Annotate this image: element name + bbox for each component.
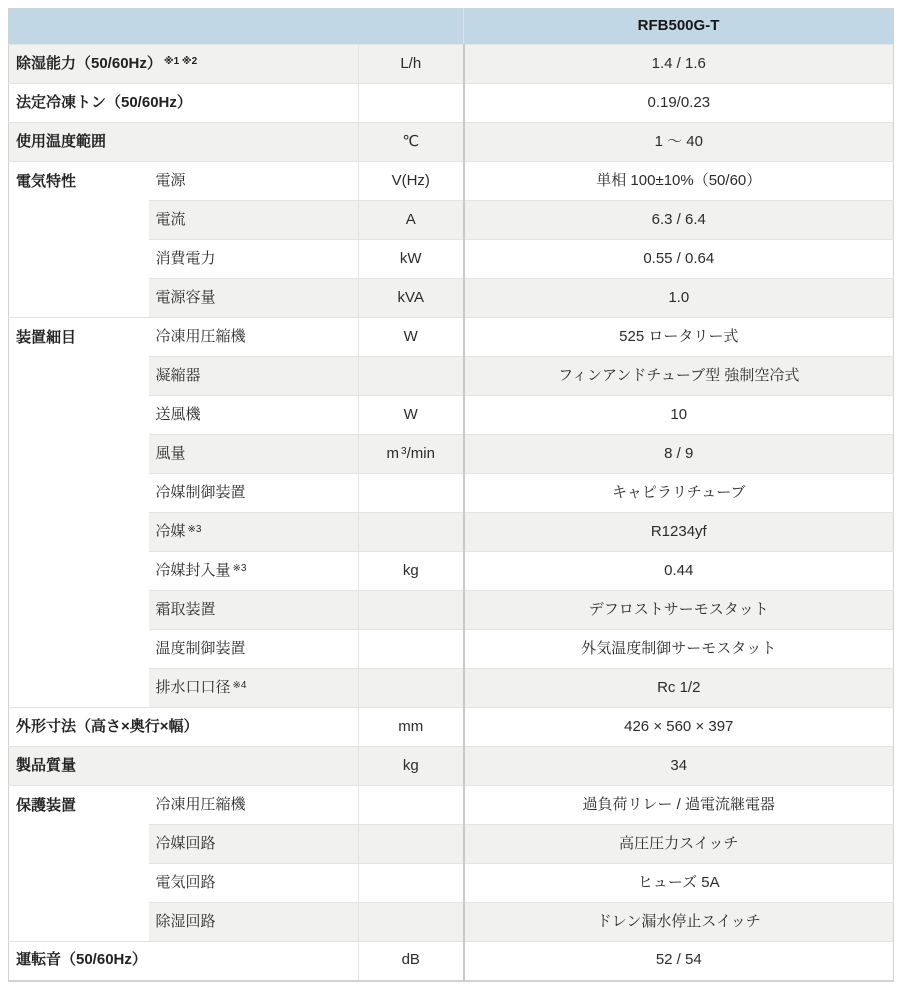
unit-text: m (387, 445, 400, 462)
label-text: 外形寸法（高さ×奥行×幅） (16, 718, 199, 735)
header-row: RFB500G-T (9, 9, 894, 45)
row-unit: kW (359, 240, 464, 279)
label-text: 使用温度範囲 (16, 133, 106, 150)
row-unit: kg (359, 747, 464, 786)
row-value: 高圧圧力スイッチ (464, 825, 894, 864)
row-unit (359, 825, 464, 864)
row-unit: L/h (359, 45, 464, 84)
row-unit (359, 630, 464, 669)
row-value: 34 (464, 747, 894, 786)
row-value: 外気温度制御サーモスタット (464, 630, 894, 669)
row-label: 使用温度範囲 (9, 123, 359, 162)
row-unit (359, 474, 464, 513)
row-sublabel: 消費電力 (149, 240, 359, 279)
row-value: 0.19/0.23 (464, 84, 894, 123)
table-row: 運転音（50/60Hz） dB 52 / 54 (9, 942, 894, 981)
footnote-mark: ※1 ※2 (164, 56, 197, 67)
row-value: 1.4 / 1.6 (464, 45, 894, 84)
row-label: 法定冷凍トン（50/60Hz） (9, 84, 359, 123)
table-row: 外形寸法（高さ×奥行×幅） mm 426 × 560 × 397 (9, 708, 894, 747)
row-label: 製品質量 (9, 747, 359, 786)
table-row: 法定冷凍トン（50/60Hz） 0.19/0.23 (9, 84, 894, 123)
row-sublabel: 霜取装置 (149, 591, 359, 630)
row-value: 426 × 560 × 397 (464, 708, 894, 747)
row-sublabel: 凝縮器 (149, 357, 359, 396)
row-sublabel: 電気回路 (149, 864, 359, 903)
row-unit: m3/min (359, 435, 464, 474)
row-value: 52 / 54 (464, 942, 894, 981)
row-value: Rc 1/2 (464, 669, 894, 708)
row-value: ヒューズ 5A (464, 864, 894, 903)
row-sublabel: 電源容量 (149, 279, 359, 318)
row-sublabel: 送風機 (149, 396, 359, 435)
row-value: 10 (464, 396, 894, 435)
footnote-mark: ※3 (233, 563, 247, 574)
table-row: 保護装置 冷凍用圧縮機 過負荷リレー / 過電流継電器 (9, 786, 894, 825)
row-unit: kg (359, 552, 464, 591)
row-value: 6.3 / 6.4 (464, 201, 894, 240)
row-unit (359, 84, 464, 123)
label-text: 運転音（50/60Hz） (16, 951, 147, 968)
row-unit (359, 864, 464, 903)
table-row: 製品質量 kg 34 (9, 747, 894, 786)
row-sublabel: 冷媒※3 (149, 513, 359, 552)
row-label: 運転音（50/60Hz） (9, 942, 359, 981)
label-text: 法定冷凍トン（50/60Hz） (16, 94, 192, 111)
row-value: 過負荷リレー / 過電流継電器 (464, 786, 894, 825)
row-sublabel: 冷媒封入量※3 (149, 552, 359, 591)
row-unit: V(Hz) (359, 162, 464, 201)
table-row: 電気特性 電源 V(Hz) 単相 100±10%（50/60） (9, 162, 894, 201)
row-value: フィンアンドチューブ型 強制空冷式 (464, 357, 894, 396)
row-unit: W (359, 318, 464, 357)
row-unit: ℃ (359, 123, 464, 162)
row-unit (359, 357, 464, 396)
table-row: 除湿能力（50/60Hz）※1 ※2 L/h 1.4 / 1.6 (9, 45, 894, 84)
row-sublabel: 冷凍用圧縮機 (149, 318, 359, 357)
spec-table: RFB500G-T 除湿能力（50/60Hz）※1 ※2 L/h 1.4 / 1… (8, 8, 894, 982)
row-value: 0.44 (464, 552, 894, 591)
row-sublabel: 排水口口径※4 (149, 669, 359, 708)
row-unit (359, 786, 464, 825)
row-unit (359, 513, 464, 552)
row-value: ドレン漏水停止スイッチ (464, 903, 894, 942)
row-unit (359, 591, 464, 630)
label-text: 除湿能力（50/60Hz） (16, 55, 162, 72)
row-value: 0.55 / 0.64 (464, 240, 894, 279)
row-unit (359, 903, 464, 942)
table-row: 使用温度範囲 ℃ 1 ～ 40 (9, 123, 894, 162)
row-label: 外形寸法（高さ×奥行×幅） (9, 708, 359, 747)
row-sublabel: 除湿回路 (149, 903, 359, 942)
row-unit: A (359, 201, 464, 240)
row-sublabel: 風量 (149, 435, 359, 474)
row-unit: kVA (359, 279, 464, 318)
header-blank-cell (9, 9, 464, 45)
label-text: 冷媒封入量 (156, 562, 231, 579)
group-label-electrical: 電気特性 (9, 162, 149, 318)
row-unit: W (359, 396, 464, 435)
row-value: 525 ロータリー式 (464, 318, 894, 357)
label-text: 冷媒 (156, 523, 186, 540)
label-text: 製品質量 (16, 757, 76, 774)
row-sublabel: 電源 (149, 162, 359, 201)
group-label-equipment: 装置細目 (9, 318, 149, 708)
row-unit: mm (359, 708, 464, 747)
row-value: 8 / 9 (464, 435, 894, 474)
model-name: RFB500G-T (464, 9, 894, 45)
footnote-mark: ※4 (233, 680, 247, 691)
row-unit (359, 669, 464, 708)
row-label: 除湿能力（50/60Hz）※1 ※2 (9, 45, 359, 84)
row-sublabel: 冷媒制御装置 (149, 474, 359, 513)
row-value: 1.0 (464, 279, 894, 318)
unit-suffix: /min (407, 445, 435, 462)
row-unit: dB (359, 942, 464, 981)
group-label-protection: 保護装置 (9, 786, 149, 942)
row-sublabel: 冷媒回路 (149, 825, 359, 864)
row-value: キャピラリチューブ (464, 474, 894, 513)
table-row: 装置細目 冷凍用圧縮機 W 525 ロータリー式 (9, 318, 894, 357)
row-value: R1234yf (464, 513, 894, 552)
label-text: 排水口口径 (156, 679, 231, 696)
row-value: 単相 100±10%（50/60） (464, 162, 894, 201)
row-value: 1 ～ 40 (464, 123, 894, 162)
row-value: デフロストサーモスタット (464, 591, 894, 630)
footnote-mark: ※3 (188, 524, 202, 535)
row-sublabel: 温度制御装置 (149, 630, 359, 669)
row-sublabel: 冷凍用圧縮機 (149, 786, 359, 825)
row-sublabel: 電流 (149, 201, 359, 240)
